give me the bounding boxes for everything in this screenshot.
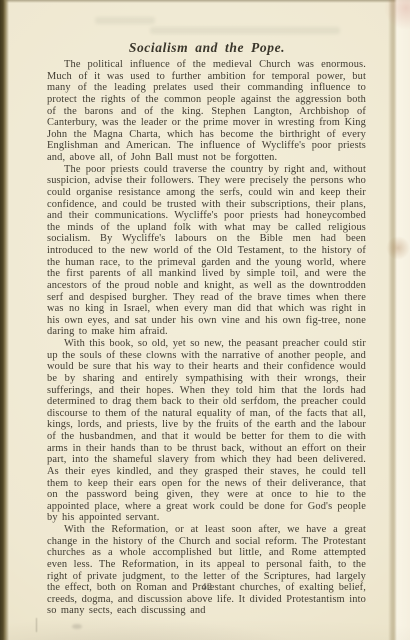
bleed-through-smudge bbox=[95, 17, 155, 24]
page-title: Socialism and the Pope. bbox=[48, 40, 366, 56]
scanned-book-page: Socialism and the Pope. The political in… bbox=[0, 0, 410, 640]
paragraph: With the Reformation, or at least soon a… bbox=[47, 524, 366, 617]
paragraph: The political influence of the medieval … bbox=[47, 59, 366, 164]
paragraph: With this book, so old, yet so new, the … bbox=[47, 338, 366, 524]
body-text: The political influence of the medieval … bbox=[47, 59, 366, 617]
scan-artifact bbox=[36, 618, 37, 632]
scan-artifact bbox=[72, 624, 82, 629]
paragraph: The poor priests could traverse the coun… bbox=[47, 164, 366, 338]
page-number: 42 bbox=[48, 582, 366, 593]
bleed-through-smudge bbox=[150, 27, 340, 34]
